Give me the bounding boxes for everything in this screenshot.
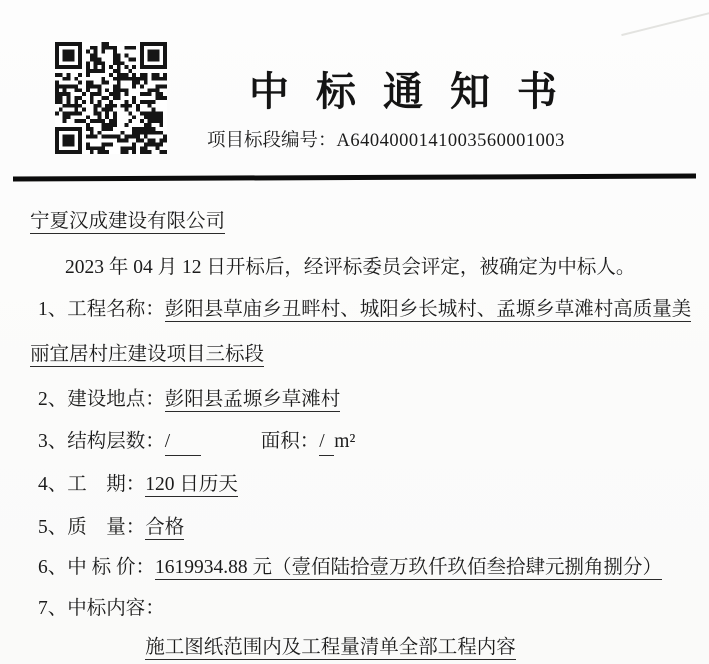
item-quality: 5、质 量：合格 (38, 516, 184, 540)
item-value-floors: / (165, 430, 201, 456)
item-structure: 3、结构层数：/面积：/m² (38, 430, 355, 456)
qr-code-image (55, 42, 167, 154)
item-label: 建设地点： (67, 389, 165, 410)
item-award-content: 7、中标内容： (38, 597, 165, 621)
item-value: 1619934.88 元（壹佰陆拾壹万玖仟玖佰叁拾肆元捌角捌分） (155, 557, 662, 580)
project-number-label: 项目标段编号： (207, 131, 337, 151)
item-value: 合格 (145, 517, 184, 540)
item-label: 中 标 价： (67, 557, 155, 578)
item-value: 120 日历天 (145, 474, 238, 497)
item-number: 6、 (38, 557, 67, 578)
item-label: 结构层数： (67, 431, 165, 452)
item-value-area: / (319, 430, 334, 456)
item-value-continued: 丽宜居村庄建设项目三标段 (30, 344, 264, 367)
document-title: 中标通知书 (249, 60, 584, 117)
item-number: 1、 (38, 299, 67, 320)
item-number: 3、 (38, 431, 67, 452)
item-project-name-cont: 丽宜居村庄建设项目三标段 (30, 343, 264, 367)
item-location: 2、建设地点：彭阳县孟塬乡草滩村 (38, 388, 340, 412)
item-project-name: 1、工程名称：彭阳县草庙乡丑畔村、城阳乡长城村、孟塬乡草滩村高质量美 (38, 298, 691, 322)
recipient-line: 宁夏汉成建设有限公司 (30, 210, 225, 234)
header-divider (13, 174, 696, 182)
recipient-name: 宁夏汉成建设有限公司 (30, 211, 225, 234)
item-value: 彭阳县草庙乡丑畔村、城阳乡长城村、孟塬乡草滩村高质量美 (165, 299, 692, 322)
item-label: 质 量： (67, 517, 145, 538)
item-bid-price: 6、中 标 价：1619934.88 元（壹佰陆拾壹万玖仟玖佰叁拾肆元捌角捌分） (38, 556, 662, 580)
scan-artifact-line (621, 10, 709, 36)
item-label: 中标内容： (67, 598, 165, 619)
item-unit-area: m² (334, 431, 355, 452)
item-value: 彭阳县孟塬乡草滩村 (165, 389, 341, 412)
item-label: 工程名称： (67, 299, 165, 320)
scope-of-work-text: 施工图纸范围内及工程量清单全部工程内容 (145, 637, 516, 660)
item-label-area: 面积： (261, 431, 320, 452)
item-label: 工 期： (67, 474, 145, 495)
item-number: 5、 (38, 517, 67, 538)
project-number-line: 项目标段编号：A6404000141003560001003 (207, 126, 565, 152)
intro-paragraph: 2023 年 04 月 12 日开标后，经评标委员会评定，被确定为中标人。 (65, 256, 635, 280)
award-notice-document: 中标通知书 项目标段编号：A6404000141003560001003 宁夏汉… (0, 0, 709, 664)
item-duration: 4、工 期：120 日历天 (38, 473, 238, 497)
item-number: 7、 (38, 598, 67, 619)
project-number-value: A6404000141003560001003 (337, 131, 565, 151)
scope-of-work-line: 施工图纸范围内及工程量清单全部工程内容 (0, 631, 709, 659)
item-number: 2、 (38, 389, 67, 410)
item-number: 4、 (38, 474, 67, 495)
